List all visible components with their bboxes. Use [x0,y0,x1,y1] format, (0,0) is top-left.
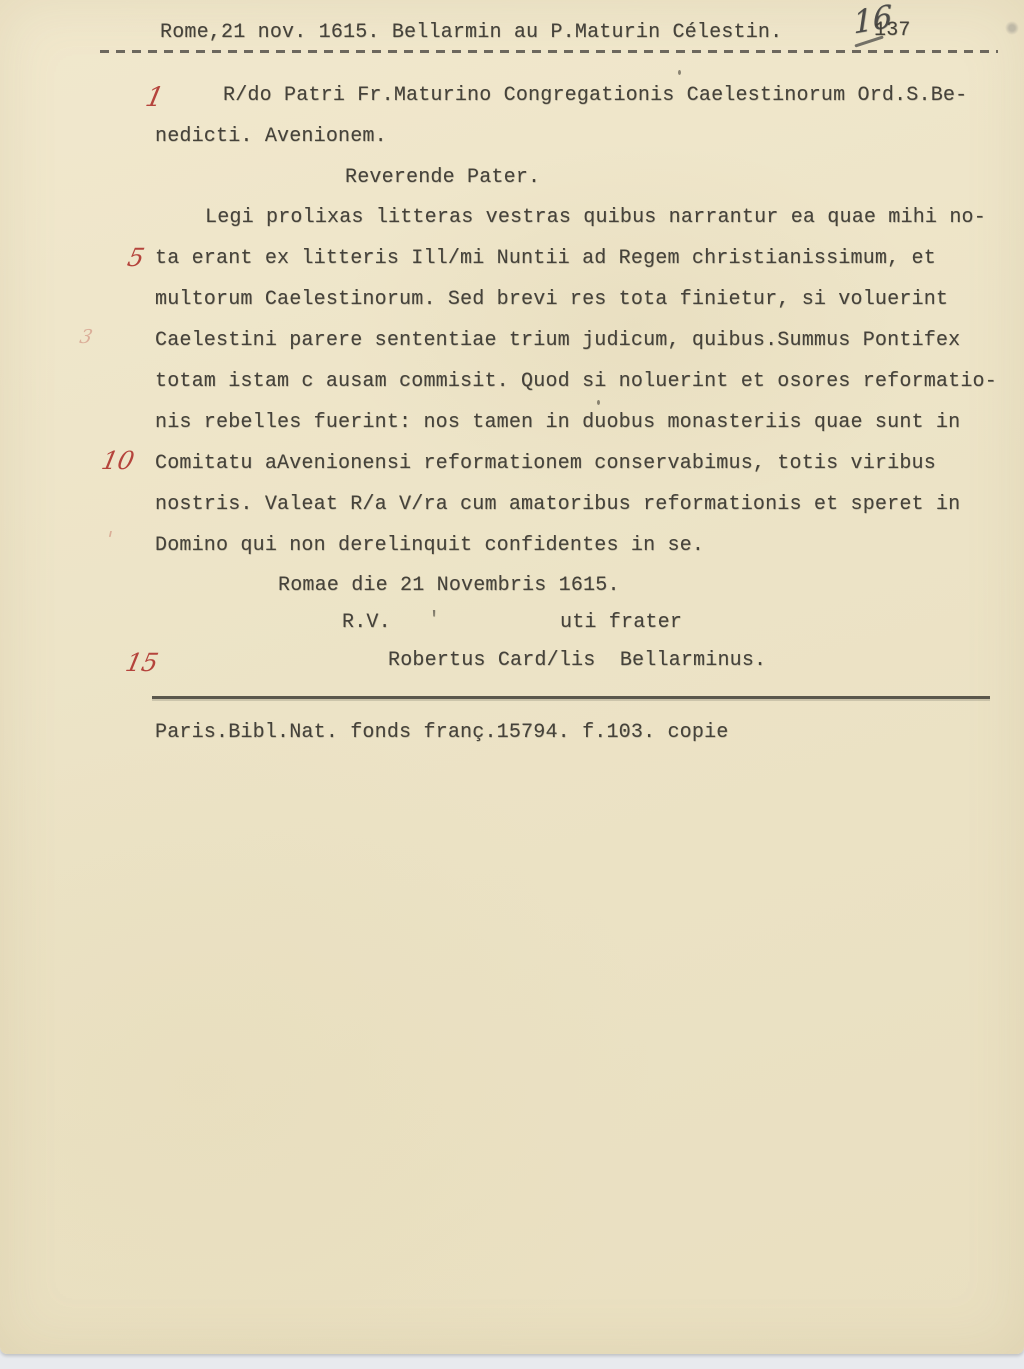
letter-dateline: Romae die 21 Novembris 1615. [278,575,620,597]
ink-speck [597,400,600,405]
scanned-letter-page: Rome,21 nov. 1615. Bellarmin au P.Maturi… [0,0,1024,1369]
margin-line-number-10: 10 [99,446,137,475]
archival-source: Paris.Bibl.Nat. fonds franç.15794. f.103… [155,722,729,744]
letter-salutation: Reverende Pater. [345,167,540,189]
dashed-separator [100,50,998,53]
letter-line: Caelestini parere sententiae trium judic… [155,330,960,352]
faint-red-mark: ' [103,528,114,553]
letter-line: totam istam c ausam commisit. Quod si no… [155,371,997,393]
ink-speck [678,70,681,75]
letter-line: nedicti. Avenionem. [155,126,387,148]
horizontal-rule [152,696,990,699]
stray-apostrophe: ' [428,610,440,632]
letter-line: Legi prolixas litteras vestras quibus na… [205,207,986,229]
margin-line-number-15: 15 [123,648,161,677]
letter-line: multorum Caelestinorum. Sed brevi res to… [155,289,948,311]
letter-line: Comitatu aAvenionensi reformationem cons… [155,453,936,475]
margin-line-number-5: 5 [125,243,147,272]
letter-line: Domino qui non derelinquit confidentes i… [155,535,704,557]
margin-line-number-1: 1 [143,82,167,113]
letter-signature: Robertus Card/lis Bellarminus. [388,650,766,672]
letter-line: ta erant ex litteris Ill/mi Nuntii ad Re… [155,248,936,270]
letter-line: R/do Patri Fr.Maturino Congregationis Ca… [223,85,967,107]
faint-red-mark: 3 [78,326,95,348]
folio-number-typed: 137 [874,20,911,42]
letter-closing-rv: R.V. [342,612,391,634]
letter-line: nostris. Valeat R/a V/ra cum amatoribus … [155,494,960,516]
header-title: Rome,21 nov. 1615. Bellarmin au P.Maturi… [160,22,782,44]
paper-sheet: Rome,21 nov. 1615. Bellarmin au P.Maturi… [0,0,1024,1354]
letter-closing-uti-frater: uti frater [560,612,682,634]
letter-line: nis rebelles fuerint: nos tamen in duobu… [155,412,960,434]
